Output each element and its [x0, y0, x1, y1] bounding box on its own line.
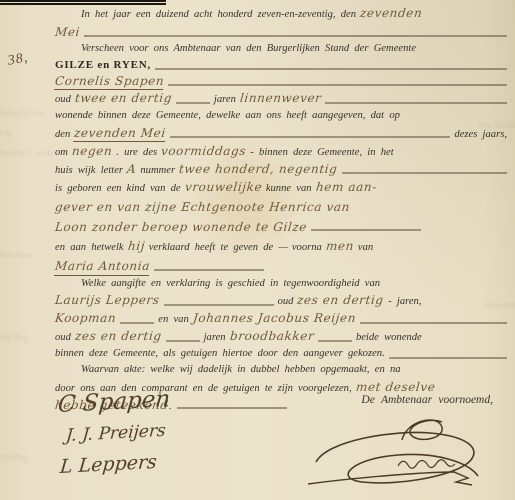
handwritten-text: voormiddags: [160, 143, 247, 159]
printed-text: jaren: [204, 330, 226, 346]
printed-text: en aan hetwelk: [55, 239, 124, 257]
printed-text: huis wijk letter: [55, 163, 123, 179]
printed-text: om: [55, 145, 68, 161]
act-lines: In het jaar een duizend acht honderd zev…: [55, 5, 507, 413]
handwritten-text: Cornelis Spapen: [54, 73, 165, 90]
signature-area: C SpapenJ. J. PreijersL Leppers De Ambte…: [0, 388, 515, 500]
act-line: gever en van zijne Echtgenoote Henrica v…: [55, 197, 507, 217]
handwritten-text: Loon zonder beroep wonende te Gilze: [54, 217, 308, 237]
filler-rule: [325, 102, 507, 103]
filler-rule: [342, 173, 507, 174]
handwritten-text: twee honderd, negentig: [178, 161, 338, 177]
handwritten-text: hij: [127, 237, 146, 255]
act-line: Loon zonder beroep wonende te Gilze: [55, 217, 507, 237]
handwritten-text: negen: [71, 143, 113, 159]
filler-rule: [176, 102, 210, 103]
act-line: In het jaar een duizend acht honderd zev…: [55, 5, 507, 23]
act-line: Verscheen voor ons Ambtenaar van den Bur…: [55, 41, 507, 57]
filler-rule: [120, 322, 154, 323]
act-line: Maria Antonia: [55, 257, 507, 276]
act-line: Mei: [55, 23, 507, 41]
act-line: omnegen. ure desvoormiddags- binnen deze…: [55, 143, 507, 161]
act-line: Cornelis Spapen: [55, 73, 507, 90]
handwritten-text: A: [126, 161, 137, 177]
handwritten-text: Mei: [54, 23, 81, 41]
act-line: Laurijs Leppersoudzes en dertig- jaren,: [55, 292, 507, 310]
act-line: Waarvan akte: welke wij dadelijk in dubb…: [55, 362, 507, 378]
printed-text: en van: [158, 312, 189, 328]
scanned-register-page: aangegeven, der deze Gemeente wonende ge…: [0, 0, 515, 500]
handwritten-text: Koopman: [54, 310, 117, 326]
printed-text: GILZE en RYEN,: [55, 57, 151, 73]
printed-text: van: [358, 239, 373, 257]
act-line: oudzes en dertigjarenbroodbakkerbeide wo…: [55, 328, 507, 346]
party-signature: C Spapen: [57, 386, 171, 418]
printed-text: dezes jaars,: [454, 127, 507, 143]
printed-text: voorna: [292, 239, 322, 257]
filler-rule: [311, 230, 421, 231]
printed-text: wonende binnen deze Gemeente, dewelke aa…: [55, 108, 400, 124]
filler-rule: [154, 269, 264, 270]
act-line: binnen deze Gemeente, als getuigen hiert…: [55, 346, 507, 362]
handwritten-text: Laurijs Leppers: [54, 292, 160, 308]
party-signatures: C SpapenJ. J. PreijersL Leppers: [58, 392, 170, 478]
printed-text: oud: [278, 294, 294, 310]
act-line: wonende binnen deze Gemeente, dewelke aa…: [55, 108, 507, 124]
printed-text: den: [55, 127, 70, 143]
printed-text: verklaard heeft te geven de —: [149, 239, 288, 257]
handwritten-text: Maria Antonia: [54, 257, 151, 276]
handwritten-text: zevenden Mei: [73, 125, 167, 142]
printed-text: Waarvan akte: welke wij dadelijk in dubb…: [81, 362, 401, 378]
printed-text: . ure des: [116, 145, 157, 161]
bleed-through-text: wonende: [0, 250, 32, 261]
official-caption: De Ambtenaar voornoemd,: [361, 394, 493, 406]
bleed-through-text: gekozen,: [0, 332, 29, 343]
printed-text: binnen deze Gemeente, als getuigen hiert…: [55, 346, 385, 362]
handwritten-text: hem aan-: [315, 179, 378, 195]
handwritten-text: gever en van zijne Echtgenoote Henrica v…: [54, 197, 351, 217]
act-line: Welke aangifte en verklaring is geschied…: [55, 276, 507, 292]
filler-rule: [84, 35, 507, 36]
printed-text: - jaren,: [388, 294, 421, 310]
filler-rule: [164, 304, 274, 305]
act-line: huis wijk letterAnummertwee honderd, neg…: [55, 161, 507, 179]
printed-text: oud: [55, 92, 71, 108]
printed-text: In het jaar een duizend acht honderd zev…: [81, 7, 356, 23]
act-line: oudtwee en dertigjarenlinnenwever: [55, 90, 507, 108]
filler-rule: [318, 340, 352, 341]
official-signature-flourish: [302, 410, 487, 498]
printed-text: beide wonende: [356, 330, 422, 346]
act-line: denzevenden Meidezes jaars,: [55, 125, 507, 143]
act-line: is geboren een kind van devrouwelijkekun…: [55, 179, 507, 197]
act-line: en aan hetwelkhijverklaard heeft te geve…: [55, 237, 507, 257]
filler-rule: [360, 322, 507, 323]
handwritten-text: broodbakker: [229, 328, 315, 344]
handwritten-text: zevenden: [359, 5, 423, 21]
act-line: GILZE en RYEN,: [55, 57, 507, 73]
filler-rule: [168, 85, 507, 86]
printed-text: jaren: [214, 92, 236, 108]
printed-text: oud: [55, 330, 71, 346]
act-line: Koopmanen vanJohannes Jacobus Reijen: [55, 310, 507, 328]
act-number: 38,: [7, 50, 30, 69]
printed-text: kunne van: [266, 181, 312, 197]
printed-text: nummer: [140, 163, 175, 179]
filler-rule: [166, 340, 200, 341]
bleed-through-text: deze Gemeente: [0, 148, 52, 159]
party-signature: J. J. Preijers: [65, 420, 171, 446]
handwritten-text: vrouwelijke: [184, 179, 263, 195]
official-signature-block: De Ambtenaar voornoemd,: [361, 394, 493, 406]
bleed-through-text: aangegeven,: [0, 108, 44, 119]
party-signature: L Leppers: [59, 450, 171, 478]
printed-text: Verscheen voor ons Ambtenaar van den Bur…: [81, 41, 416, 57]
handwritten-text: men: [325, 237, 355, 255]
filler-rule: [155, 68, 507, 69]
printed-text: is geboren een kind van de: [55, 181, 181, 197]
filler-rule: [389, 357, 507, 358]
printed-text: Welke aangifte en verklaring is geschied…: [81, 276, 380, 292]
handwritten-text: twee en dertig: [74, 90, 173, 106]
filler-rule: [170, 137, 450, 138]
handwritten-text: Johannes Jacobus Reijen: [192, 310, 357, 326]
printed-text: - binnen deze Gemeente, in het: [250, 145, 393, 161]
bleed-through-text: der: [0, 128, 11, 139]
handwritten-text: linnenwever: [239, 90, 322, 106]
handwritten-text: zes en dertig: [297, 292, 385, 308]
handwritten-text: zes en dertig: [74, 328, 162, 344]
